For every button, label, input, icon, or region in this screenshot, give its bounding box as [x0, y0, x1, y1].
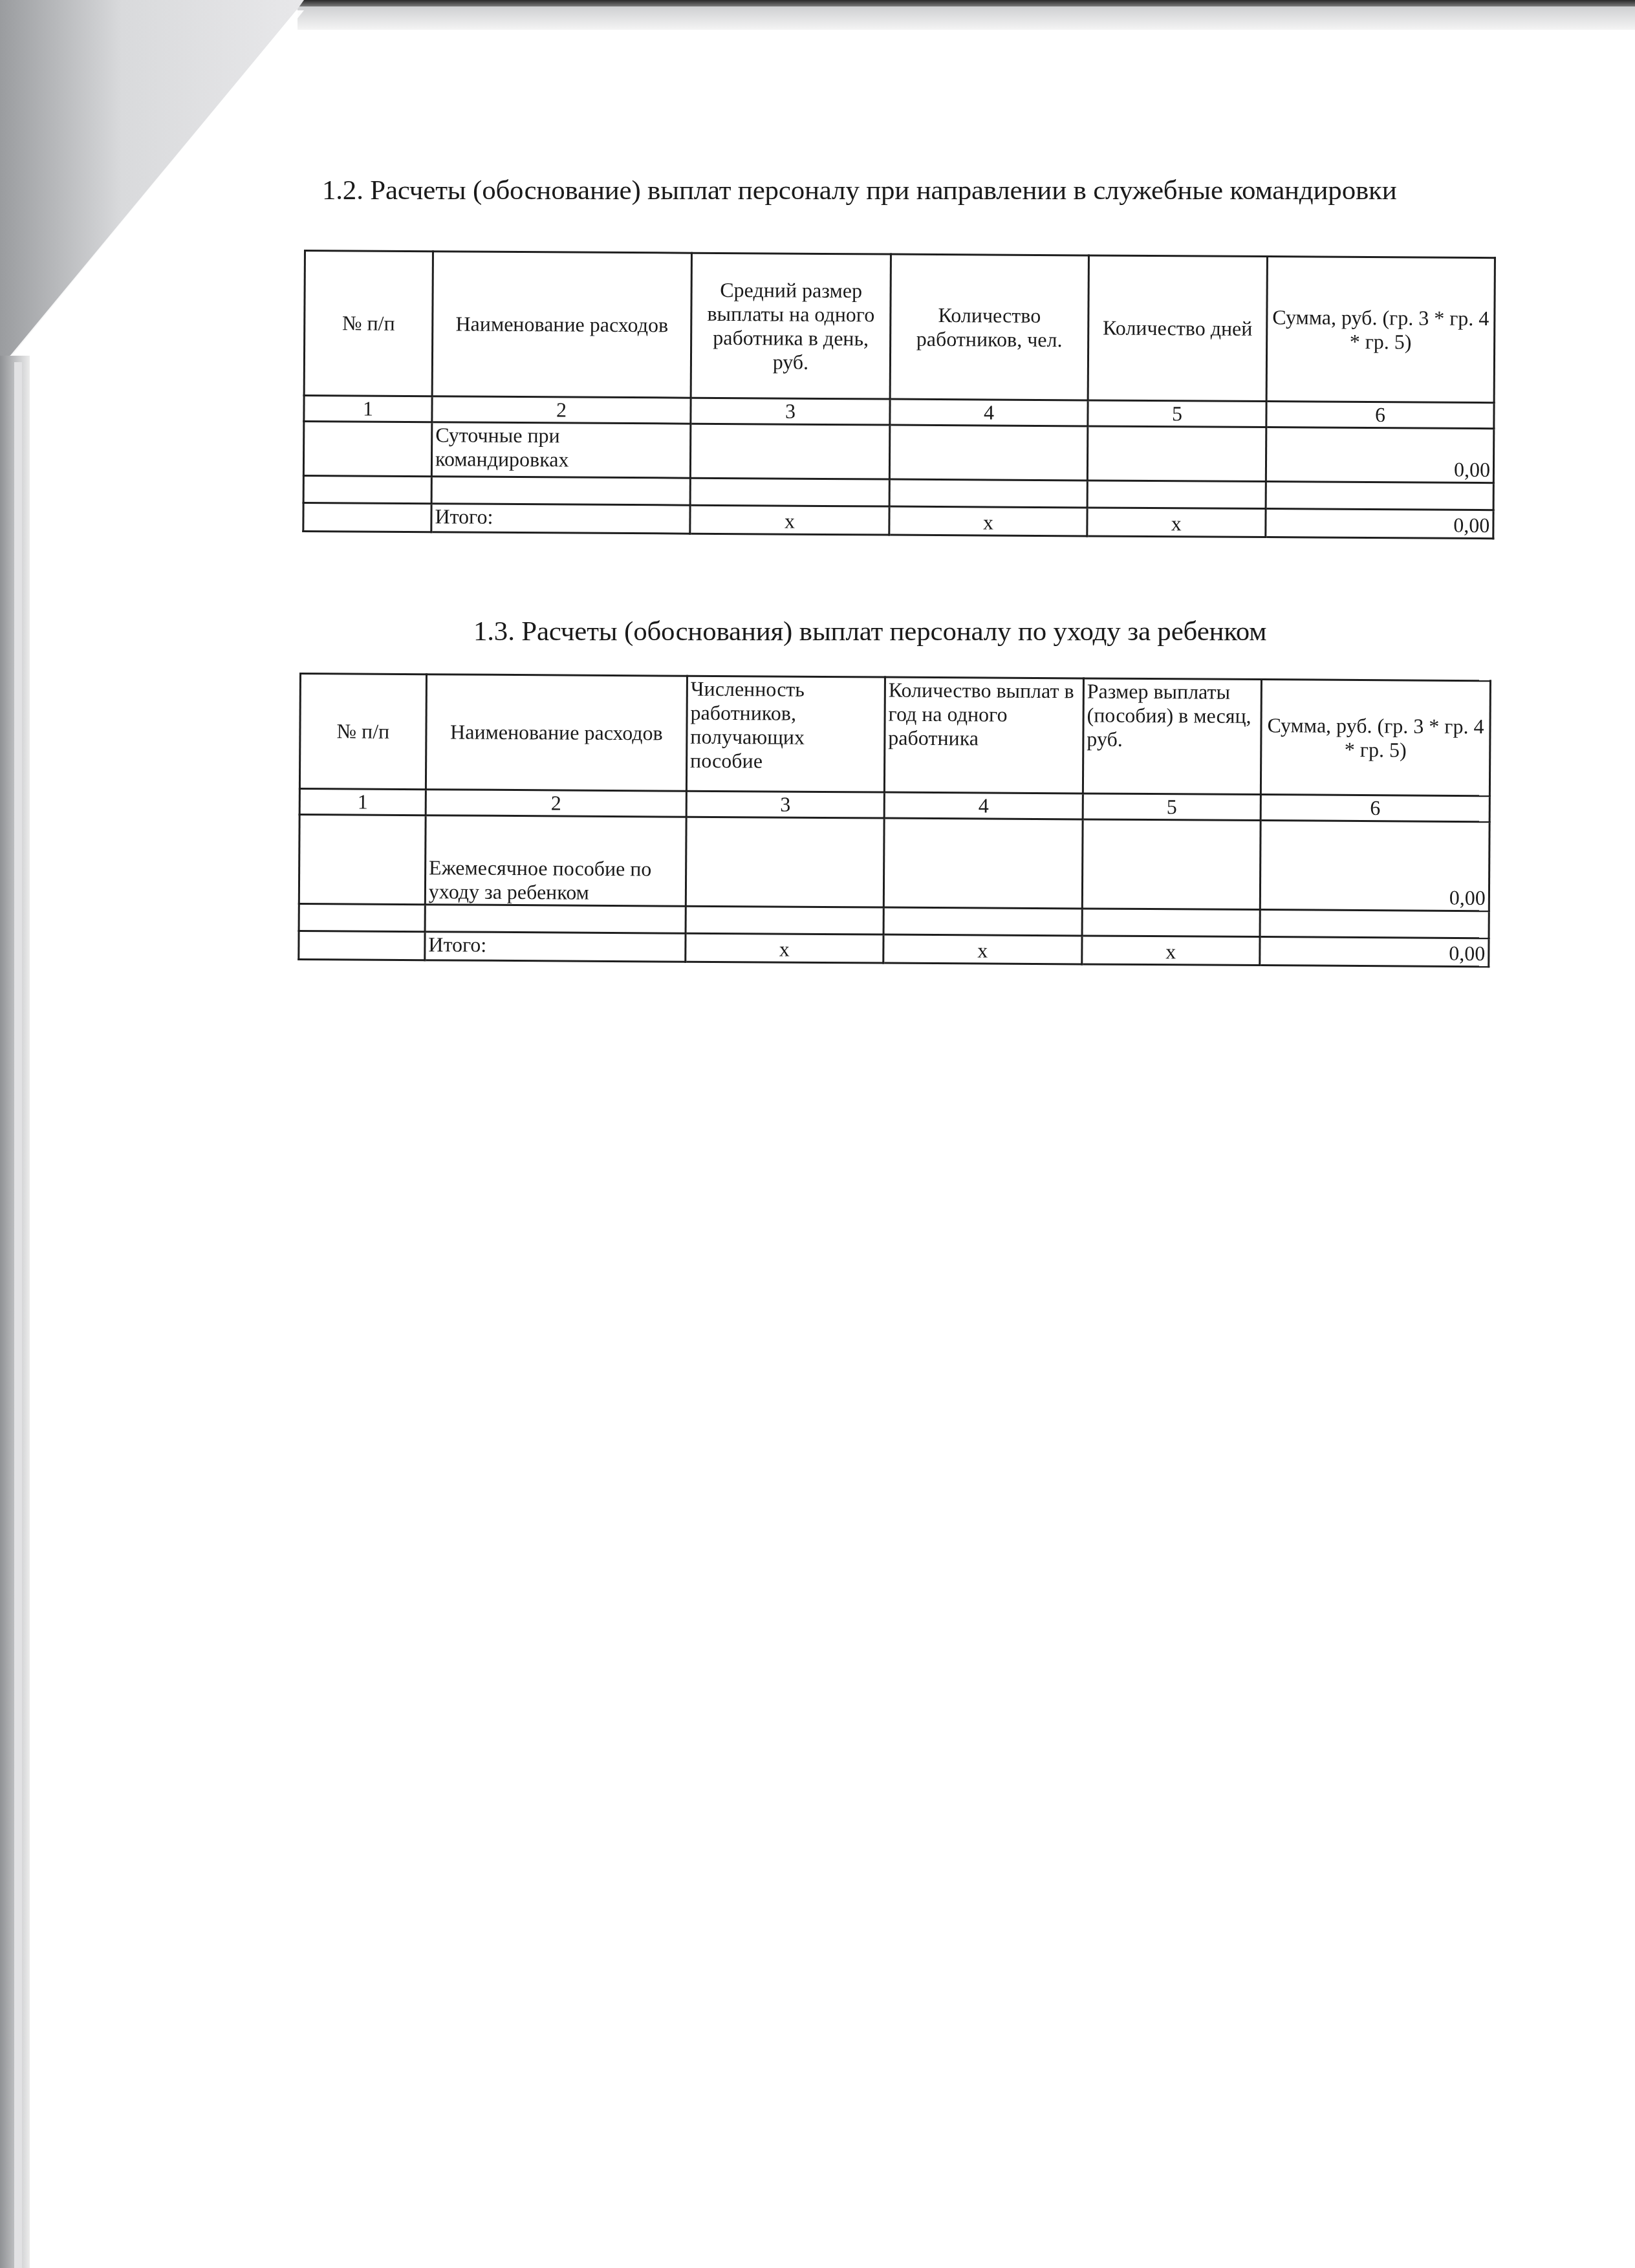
column-number: 6	[1261, 795, 1489, 822]
row-number-cell	[299, 815, 426, 905]
row-number-cell	[299, 904, 425, 932]
value-cell	[1087, 426, 1266, 482]
expense-name-cell	[425, 905, 686, 933]
header-cell: Количество работников, чел.	[890, 254, 1088, 400]
column-number: 4	[884, 792, 1083, 819]
total-c5: x	[1082, 936, 1260, 966]
column-number: 6	[1266, 402, 1494, 429]
header-cell: № п/п	[304, 251, 433, 396]
header-cell: Количество дней	[1088, 255, 1267, 402]
scan-page-edge-left	[14, 362, 22, 2268]
sum-cell: 0,00	[1260, 821, 1489, 911]
column-number: 3	[686, 791, 884, 818]
value-cell	[883, 818, 1083, 909]
table-header-row: № п/п Наименование расходов Численность …	[299, 674, 1490, 796]
value-cell	[690, 424, 890, 479]
total-c3: x	[686, 933, 883, 963]
header-cell: Размер выплаты (пособия) в месяц, руб.	[1083, 678, 1261, 795]
expense-name-cell: Суточные при командировках	[431, 422, 691, 478]
total-c3: x	[690, 505, 889, 535]
table-row: Суточные при командировках 0,00	[303, 422, 1493, 483]
scan-shadow-top	[298, 6, 1635, 30]
value-cell	[889, 425, 1088, 481]
section-1-3-title: 1.3. Расчеты (обоснования) выплат персон…	[473, 616, 1266, 648]
total-sum: 0,00	[1260, 937, 1489, 967]
column-number: 4	[890, 399, 1088, 426]
value-cell	[690, 478, 889, 506]
child-care-payments-table: № п/п Наименование расходов Численность …	[298, 673, 1491, 967]
total-label: Итого:	[425, 932, 686, 962]
value-cell	[1087, 481, 1266, 509]
row-number-cell	[303, 422, 432, 477]
total-c5: x	[1087, 508, 1266, 537]
value-cell	[1082, 819, 1261, 910]
row-number-cell	[303, 503, 431, 532]
column-number: 2	[426, 790, 686, 817]
header-cell: № п/п	[299, 674, 426, 790]
value-cell	[686, 906, 883, 934]
header-cell: Наименование расходов	[432, 252, 691, 398]
column-number: 3	[691, 398, 890, 425]
value-cell	[1082, 909, 1260, 937]
sum-cell: 0,00	[1266, 427, 1494, 483]
column-number: 2	[432, 396, 691, 424]
header-cell: Количество выплат в год на одного работн…	[884, 677, 1083, 794]
expense-name-cell	[431, 477, 690, 505]
column-number: 1	[304, 396, 432, 422]
header-cell: Средний размер выплаты на одного работни…	[691, 253, 891, 399]
value-cell	[686, 817, 884, 907]
value-cell	[883, 907, 1082, 936]
total-c4: x	[883, 934, 1082, 964]
column-number: 1	[299, 789, 426, 815]
header-cell: Сумма, руб. (гр. 3 * гр. 4 * гр. 5)	[1261, 680, 1490, 796]
value-cell	[889, 479, 1087, 508]
sum-cell	[1260, 910, 1489, 938]
total-sum: 0,00	[1266, 509, 1493, 539]
table-row: Ежемесячное пособие по уходу за ребенком…	[299, 815, 1489, 911]
folded-page-corner	[0, 0, 304, 362]
header-cell: Сумма, руб. (гр. 3 * гр. 4 * гр. 5)	[1266, 257, 1495, 403]
total-c4: x	[889, 506, 1087, 536]
column-number: 5	[1088, 400, 1266, 427]
header-cell: Наименование расходов	[426, 675, 687, 791]
sum-cell	[1266, 482, 1493, 510]
business-trip-payments-table: № п/п Наименование расходов Средний разм…	[302, 250, 1496, 539]
header-cell: Численность работников, получающих пособ…	[686, 676, 885, 792]
row-number-cell	[303, 476, 431, 504]
expense-name-cell: Ежемесячное пособие по уходу за ребенком	[425, 815, 686, 906]
total-label: Итого:	[431, 504, 690, 534]
section-1-2-title: 1.2. Расчеты (обоснование) выплат персон…	[322, 175, 1397, 207]
row-number-cell	[299, 931, 425, 960]
table-header-row: № п/п Наименование расходов Средний разм…	[304, 251, 1495, 403]
column-number: 5	[1083, 794, 1261, 821]
